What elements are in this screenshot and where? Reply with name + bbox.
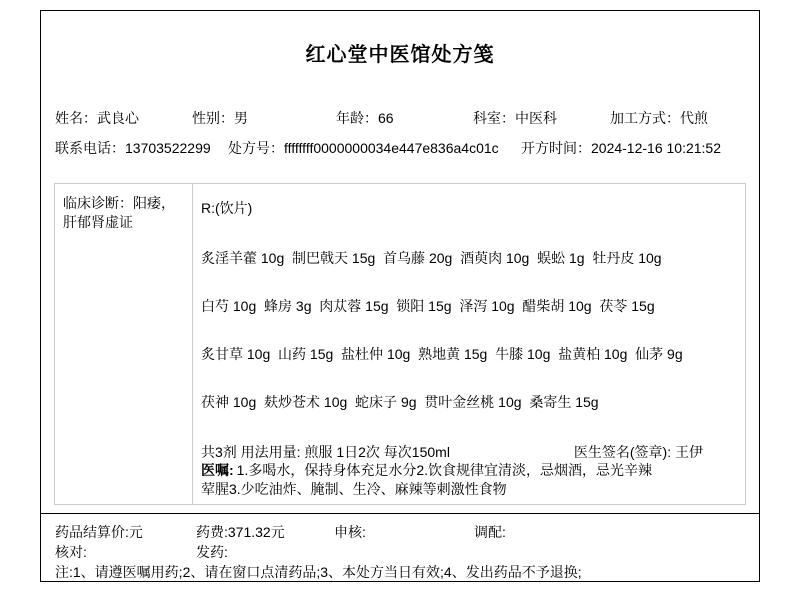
patient-name-label: 姓名： [55, 110, 97, 126]
herb-line-3: 炙甘草 10g 山药 15g 盐杜仲 10g 熟地黄 15g 牛膝 10g 盐黄… [201, 344, 737, 364]
prescription-time-field: 开方时间：2024-12-16 10:21:52 [521, 138, 721, 158]
medical-advice-label: 医嘱: [201, 462, 234, 478]
review-field: 申核: [334, 522, 366, 542]
settlement-price-label: 药品结算价: [55, 524, 129, 540]
medicine-fee-value: 371.32元 [228, 524, 285, 540]
patient-department-field: 科室：中医科 [473, 108, 557, 128]
processing-method-value: 代煎 [680, 110, 708, 126]
check-label: 核对: [55, 544, 87, 560]
patient-gender-label: 性别： [192, 110, 234, 126]
doctor-signature-label: 医生签名(签章): [574, 444, 675, 460]
prescription-number-value: ffffffff0000000034e447e836a4c01c [284, 140, 499, 156]
patient-department-value: 中医科 [515, 110, 557, 126]
medical-advice-text: 1.多喝水，保持身体充足水分2.饮食规律宜清淡，忌烟酒，忌光辛辣荤腥3.少吃油炸… [201, 462, 652, 497]
footer-note: 注:1、请遵医嘱用药;2、请在窗口点清药品;3、本处方当日有效;4、发出药品不予… [55, 562, 582, 582]
settlement-price-value: 元 [129, 524, 143, 540]
prescription-form: 红心堂中医馆处方笺 姓名：武良心 性别：男 年龄：66 科室：中医科 加工方式：… [40, 10, 760, 582]
medical-advice: 医嘱:1.多喝水，保持身体充足水分2.饮食规律宜清淡，忌烟酒，忌光辛辣荤腥3.少… [201, 461, 653, 499]
footer-row1: 药品结算价:元 药费:371.32元 申核: 调配: [41, 522, 759, 540]
dispense-field: 发药: [196, 542, 228, 562]
patient-gender-value: 男 [234, 110, 248, 126]
doctor-signature-name: 王伊 [675, 444, 703, 460]
usage-row: 共3剂 用法用量: 煎服 1日2次 每次150ml 医生签名(签章): 王伊 [201, 442, 703, 462]
settlement-price-field: 药品结算价:元 [55, 522, 143, 542]
patient-info-row1: 姓名：武良心 性别：男 年龄：66 科室：中医科 加工方式：代煎 [41, 108, 759, 126]
patient-age-label: 年龄： [336, 110, 378, 126]
herb-line-4: 茯神 10g 麸炒苍术 10g 蛇床子 9g 贯叶金丝桃 10g 桑寄生 15g [201, 392, 737, 412]
prescription-number-field: 处方号：ffffffff0000000034e447e836a4c01c [228, 138, 499, 158]
medicine-fee-label: 药费: [196, 524, 228, 540]
dispense-label: 发药: [196, 544, 228, 560]
prescription-time-label: 开方时间： [521, 140, 591, 156]
check-field: 核对: [55, 542, 87, 562]
usage-instructions: 共3剂 用法用量: 煎服 1日2次 每次150ml [201, 442, 450, 462]
patient-gender-field: 性别：男 [192, 108, 248, 128]
rx-header: R:(饮片) [201, 198, 252, 218]
medicine-fee-field: 药费:371.32元 [196, 522, 285, 542]
footer-divider [41, 513, 759, 514]
prescription-number-label: 处方号： [228, 140, 284, 156]
compound-label: 调配: [474, 524, 506, 540]
phone-label: 联系电话： [55, 140, 125, 156]
herb-line-1: 炙淫羊藿 10g 制巴戟天 15g 首乌藤 20g 酒萸肉 10g 蜈蚣 1g … [201, 248, 737, 268]
review-label: 申核: [334, 524, 366, 540]
page-title: 红心堂中医馆处方笺 [41, 38, 759, 67]
compound-field: 调配: [474, 522, 506, 542]
prescription-table: 临床诊断：阳痿，肝郁肾虚证 R:(饮片) 炙淫羊藿 10g 制巴戟天 15g 首… [54, 183, 746, 505]
phone-field: 联系电话：13703522299 [55, 138, 211, 158]
patient-name-value: 武良心 [97, 110, 139, 126]
patient-name-field: 姓名：武良心 [55, 108, 139, 128]
patient-age-field: 年龄：66 [336, 108, 394, 128]
herb-line-2: 白芍 10g 蜂房 3g 肉苁蓉 15g 锁阳 15g 泽泻 10g 醋柴胡 1… [201, 296, 737, 316]
phone-value: 13703522299 [125, 140, 211, 156]
processing-method-label: 加工方式： [610, 110, 680, 126]
diagnosis-cell: 临床诊断：阳痿，肝郁肾虚证 [55, 184, 193, 504]
patient-age-value: 66 [378, 110, 394, 126]
prescription-time-value: 2024-12-16 10:21:52 [591, 140, 721, 156]
patient-info-row2: 联系电话：13703522299 处方号：ffffffff0000000034e… [41, 138, 759, 156]
rx-cell: R:(饮片) 炙淫羊藿 10g 制巴戟天 15g 首乌藤 20g 酒萸肉 10g… [193, 184, 745, 504]
processing-method-field: 加工方式：代煎 [610, 108, 708, 128]
doctor-signature: 医生签名(签章): 王伊 [574, 442, 703, 462]
footer-row2: 核对: 发药: [41, 542, 759, 560]
patient-department-label: 科室： [473, 110, 515, 126]
diagnosis-label: 临床诊断： [63, 195, 133, 211]
